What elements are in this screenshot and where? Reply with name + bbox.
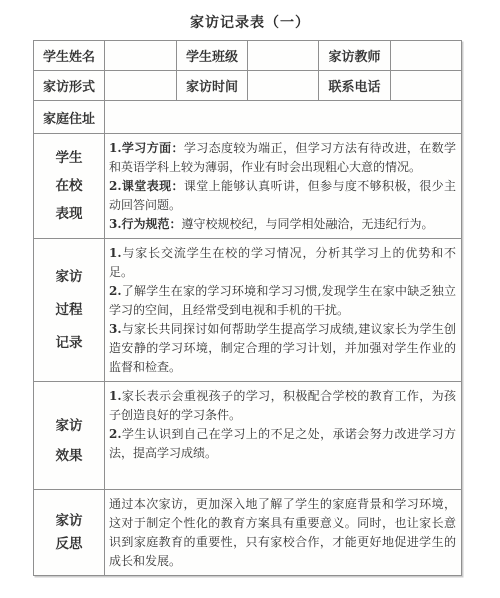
school-performance-label: 学生 在校 表现 [34, 134, 105, 239]
list-item: 3.行为规范：遵守校规校纪，与同学相处融洽，无违纪行为。 [109, 215, 456, 234]
item-prefix: 3. [109, 322, 122, 336]
label-line: 过程 [56, 303, 83, 317]
label-line: 家访 [56, 514, 83, 528]
visit-reflection-label: 家访 反思 [34, 490, 105, 576]
item-text: 了解学生在家的学习环境和学习习惯,发现学生在家中缺乏独立学习的空间，且经常受到电… [109, 284, 456, 317]
visit-process-label-stack: 家访 过程 记录 [34, 270, 104, 350]
label-line: 家访 [56, 270, 83, 284]
address-row: 家庭住址 [34, 101, 462, 134]
list-item: 通过本次家访，更加深入地了解了学生的家庭背景和学习环境，这对于制定个性化的教育方… [109, 495, 456, 571]
visit-time-field [248, 71, 319, 101]
item-text: 家长表示会重视孩子的学习，积极配合学校的教育工作，为孩子创造良好的学习条件。 [109, 389, 456, 422]
page-title: 家访记录表（一） [0, 12, 500, 32]
list-item: 2.课堂表现：课堂上能够认真听讲，但参与度不够积极，很少主动回答问题。 [109, 177, 456, 215]
visit-time-label: 家访时间 [177, 71, 248, 101]
section-row-visit-effect: 家访 效果 1.家长表示会重视孩子的学习，积极配合学校的教育工作，为孩子创造良好… [34, 382, 462, 490]
student-class-field [248, 41, 319, 71]
list-item: 1.家长表示会重视孩子的学习，积极配合学校的教育工作，为孩子创造良好的学习条件。 [109, 387, 456, 425]
label-line: 学生 [56, 151, 83, 165]
home-address-field [105, 101, 462, 134]
student-name-label: 学生姓名 [34, 41, 105, 71]
school-performance-label-stack: 学生 在校 表现 [34, 151, 104, 221]
item-prefix: 1. [109, 389, 122, 403]
info-row-1: 学生姓名 学生班级 家访教师 [34, 41, 462, 71]
visit-form-label: 家访形式 [34, 71, 105, 101]
item-text: 遵守校规校纪，与同学相处融洽，无违纪行为。 [182, 217, 434, 231]
contact-phone-label: 联系电话 [319, 71, 391, 101]
item-prefix: 1. [109, 246, 122, 260]
visit-reflection-label-stack: 家访 反思 [34, 514, 104, 551]
label-line: 记录 [56, 336, 83, 350]
item-prefix: 3.行为规范： [109, 217, 182, 231]
visit-reflection-content: 通过本次家访，更加深入地了解了学生的家庭背景和学习环境，这对于制定个性化的教育方… [105, 490, 462, 576]
visit-form-field [105, 71, 177, 101]
visit-effect-label-stack: 家访 效果 [34, 408, 104, 463]
item-prefix: 2. [109, 427, 122, 441]
home-address-label: 家庭住址 [34, 101, 105, 134]
visit-process-content: 1.与家长交流学生在校的学习情况，分析其学习上的优势和不足。 2.了解学生在家的… [105, 239, 462, 382]
item-prefix: 2. [109, 284, 122, 298]
school-performance-content: 1.学习方面：学习态度较为端正，但学习方法有待改进，在数学和英语学科上较为薄弱，… [105, 134, 462, 239]
visit-teacher-field [391, 41, 462, 71]
home-visit-record-table: 学生姓名 学生班级 家访教师 家访形式 家访时间 联系电话 家庭住址 学生 在校 [33, 40, 462, 576]
section-row-visit-reflection: 家访 反思 通过本次家访，更加深入地了解了学生的家庭背景和学习环境，这对于制定个… [34, 490, 462, 576]
visit-teacher-label: 家访教师 [319, 41, 391, 71]
label-line: 在校 [56, 179, 83, 193]
info-row-2: 家访形式 家访时间 联系电话 [34, 71, 462, 101]
contact-phone-field [391, 71, 462, 101]
list-item: 3.与家长共同探讨如何帮助学生提高学习成绩,建议家长为学生创造安静的学习环境，制… [109, 320, 456, 377]
list-item: 2.学生认识到自己在学习上的不足之处，承诺会努力改进学习方法，提高学习成绩。 [109, 425, 456, 463]
item-text: 学生认识到自己在学习上的不足之处，承诺会努力改进学习方法，提高学习成绩。 [109, 427, 456, 460]
label-line: 反思 [56, 537, 83, 551]
item-prefix: 2.课堂表现： [109, 179, 184, 193]
item-text: 与家长交流学生在校的学习情况，分析其学习上的优势和不足。 [109, 246, 456, 279]
student-class-label: 学生班级 [177, 41, 248, 71]
visit-effect-label: 家访 效果 [34, 382, 105, 490]
visit-process-label: 家访 过程 记录 [34, 239, 105, 382]
label-line: 表现 [56, 207, 83, 221]
item-prefix: 1.学习方面： [109, 141, 184, 155]
visit-effect-content: 1.家长表示会重视孩子的学习，积极配合学校的教育工作，为孩子创造良好的学习条件。… [105, 382, 462, 490]
label-line: 效果 [56, 449, 83, 463]
section-row-school-performance: 学生 在校 表现 1.学习方面：学习态度较为端正，但学习方法有待改进，在数学和英… [34, 134, 462, 239]
section-row-visit-process: 家访 过程 记录 1.与家长交流学生在校的学习情况，分析其学习上的优势和不足。 … [34, 239, 462, 382]
list-item: 2.了解学生在家的学习环境和学习习惯,发现学生在家中缺乏独立学习的空间，且经常受… [109, 282, 456, 320]
item-text: 与家长共同探讨如何帮助学生提高学习成绩,建议家长为学生创造安静的学习环境，制定合… [109, 322, 456, 374]
student-name-field [105, 41, 177, 71]
item-text: 通过本次家访，更加深入地了解了学生的家庭背景和学习环境，这对于制定个性化的教育方… [109, 497, 456, 568]
list-item: 1.与家长交流学生在校的学习情况，分析其学习上的优势和不足。 [109, 244, 456, 282]
list-item: 1.学习方面：学习态度较为端正，但学习方法有待改进，在数学和英语学科上较为薄弱，… [109, 139, 456, 177]
label-line: 家访 [56, 419, 83, 433]
